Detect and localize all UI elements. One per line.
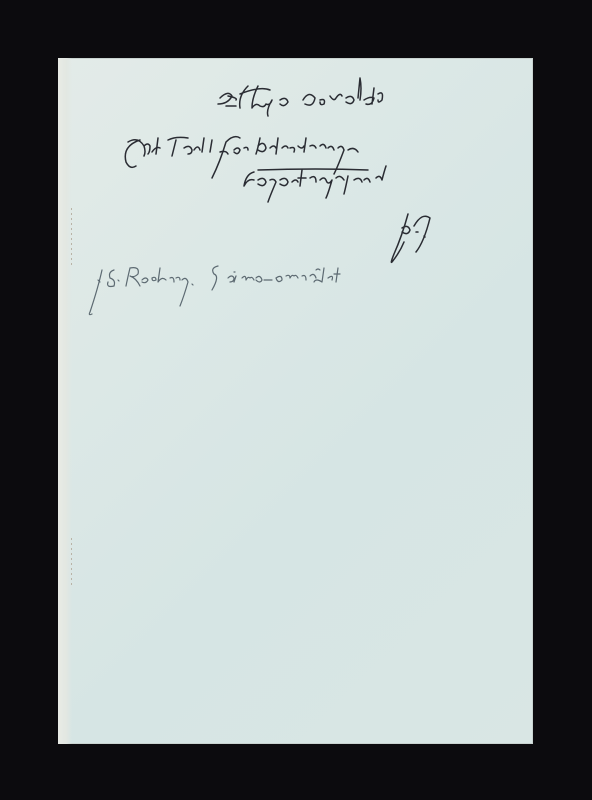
document-page: Dr Hugo Osvald med tack för bekantskapen… bbox=[58, 58, 533, 744]
dedication-line-4-text: förf. bbox=[398, 216, 436, 237]
dedication-line-2-text: med tack för bekantskapen bbox=[124, 134, 373, 155]
pencil-note-text: J. E. Rosberg. Saima-området bbox=[90, 264, 344, 284]
dedication-line-3-text: högaktningsfullt bbox=[244, 164, 394, 185]
handwriting bbox=[58, 58, 533, 744]
dedication-line-1-text: Dr Hugo Osvald bbox=[218, 80, 381, 104]
